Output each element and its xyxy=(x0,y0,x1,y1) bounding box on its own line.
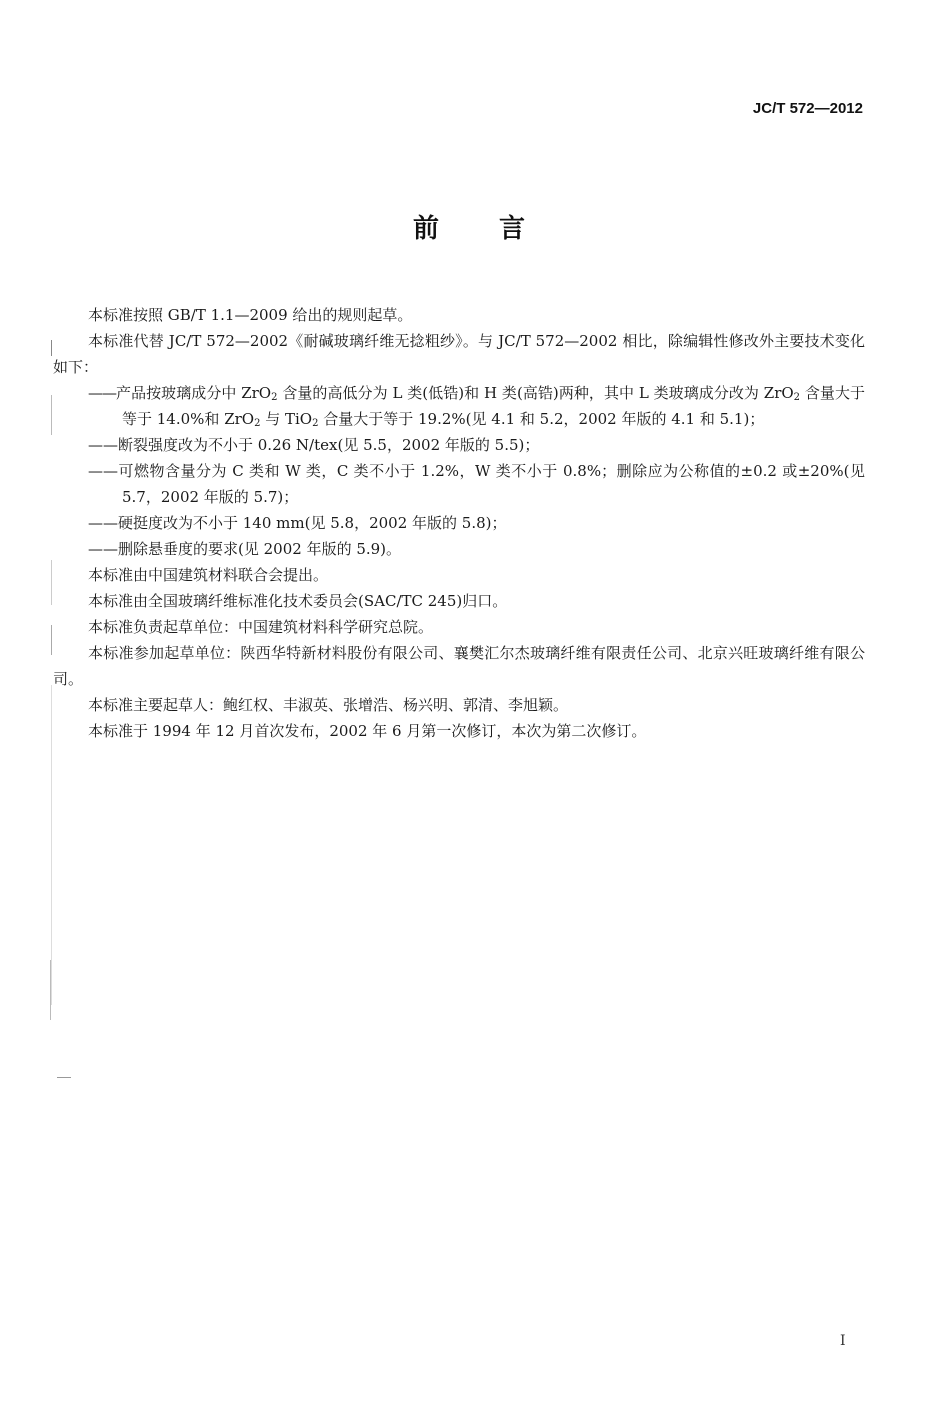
paragraph-proposed-by: 本标准由中国建筑材料联合会提出。 xyxy=(53,562,865,588)
scan-artifact xyxy=(51,685,52,1005)
scan-artifact xyxy=(50,960,51,1020)
change-item-combustible-content: ——可燃物含量分为 C 类和 W 类，C 类不小于 1.2%，W 类不小于 0.… xyxy=(53,458,865,510)
scan-artifact xyxy=(51,625,52,655)
scan-artifact xyxy=(51,395,52,435)
paragraph-history: 本标准于 1994 年 12 月首次发布，2002 年 6 月第一次修订，本次为… xyxy=(53,718,865,744)
foreword-body: 本标准按照 GB/T 1.1—2009 给出的规则起草。 本标准代替 JC/T … xyxy=(53,302,865,744)
scan-artifact xyxy=(57,1077,71,1078)
scan-artifact xyxy=(51,340,52,356)
page-title: 前言 xyxy=(0,208,950,245)
change-item-tensile-strength: ——断裂强度改为不小于 0.26 N/tex(见 5.5，2002 年版的 5.… xyxy=(53,432,865,458)
paragraph-drafting-rule: 本标准按照 GB/T 1.1—2009 给出的规则起草。 xyxy=(53,302,865,328)
change-item-stiffness: ——硬挺度改为不小于 140 mm(见 5.8，2002 年版的 5.8)； xyxy=(53,510,865,536)
change-item-composition: ——产品按玻璃成分中 ZrO2 含量的高低分为 L 类(低锆)和 H 类(高锆)… xyxy=(53,380,865,432)
item-text: 产品按玻璃成分中 ZrO xyxy=(116,384,271,402)
item-text: 含量的高低分为 L 类(低锆)和 H 类(高锆)两种，其中 L 类玻璃成分改为 … xyxy=(278,384,794,402)
paragraph-under-jurisdiction: 本标准由全国玻璃纤维标准化技术委员会(SAC/TC 245)归口。 xyxy=(53,588,865,614)
dash: —— xyxy=(88,384,116,402)
paragraph-replacement: 本标准代替 JC/T 572—2002《耐碱玻璃纤维无捻粗纱》。与 JC/T 5… xyxy=(53,328,865,380)
item-text: 合量大于等于 19.2%(见 4.1 和 5.2，2002 年版的 4.1 和 … xyxy=(318,410,764,428)
document-page: JC/T 572—2012 前言 本标准按照 GB/T 1.1—2009 给出的… xyxy=(0,0,950,1423)
paragraph-main-drafters: 本标准主要起草人：鲍红权、丰淑英、张增浩、杨兴明、郭清、李旭颖。 xyxy=(53,692,865,718)
document-code: JC/T 572—2012 xyxy=(753,100,863,117)
item-text: 与 TiO xyxy=(260,410,312,428)
change-item-drape-removed: ——删除悬垂度的要求(见 2002 年版的 5.9)。 xyxy=(53,536,865,562)
page-number: I xyxy=(840,1333,846,1349)
paragraph-lead-drafter: 本标准负责起草单位：中国建筑材料科学研究总院。 xyxy=(53,614,865,640)
paragraph-participating-drafters: 本标准参加起草单位：陕西华特新材料股份有限公司、襄樊汇尔杰玻璃纤维有限责任公司、… xyxy=(53,640,865,692)
scan-artifact xyxy=(51,560,52,605)
